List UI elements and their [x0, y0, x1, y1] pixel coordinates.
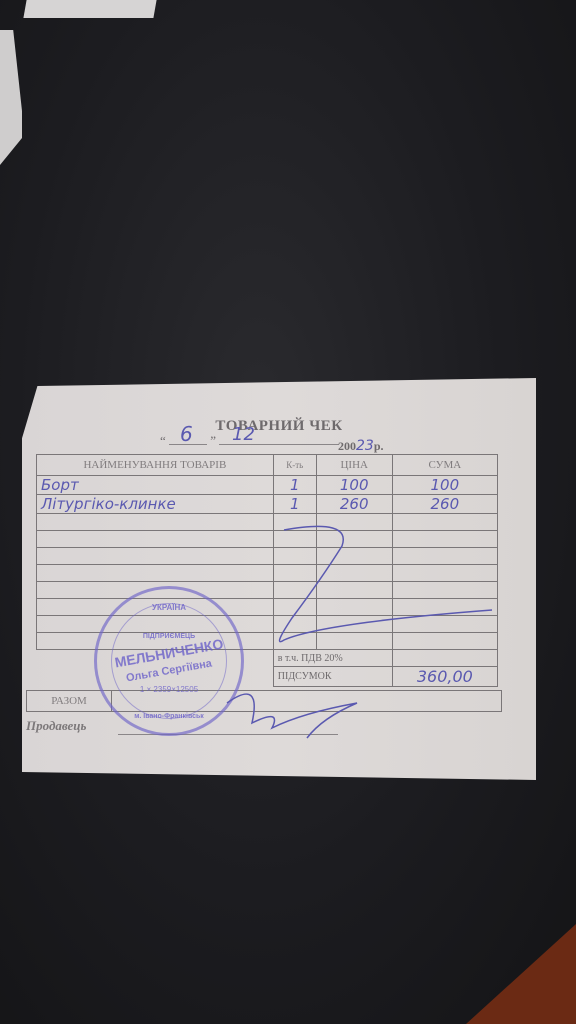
wood-surface-corner	[466, 924, 576, 1024]
cancel-scribble-and-signature	[22, 378, 536, 780]
sales-receipt: ТОВАРНИЙ ЧЕК “ ” 6 12 20023р. НАЙМЕНУВАН…	[22, 378, 536, 780]
background-paper-left	[0, 30, 22, 165]
background-paper-top	[23, 0, 156, 18]
